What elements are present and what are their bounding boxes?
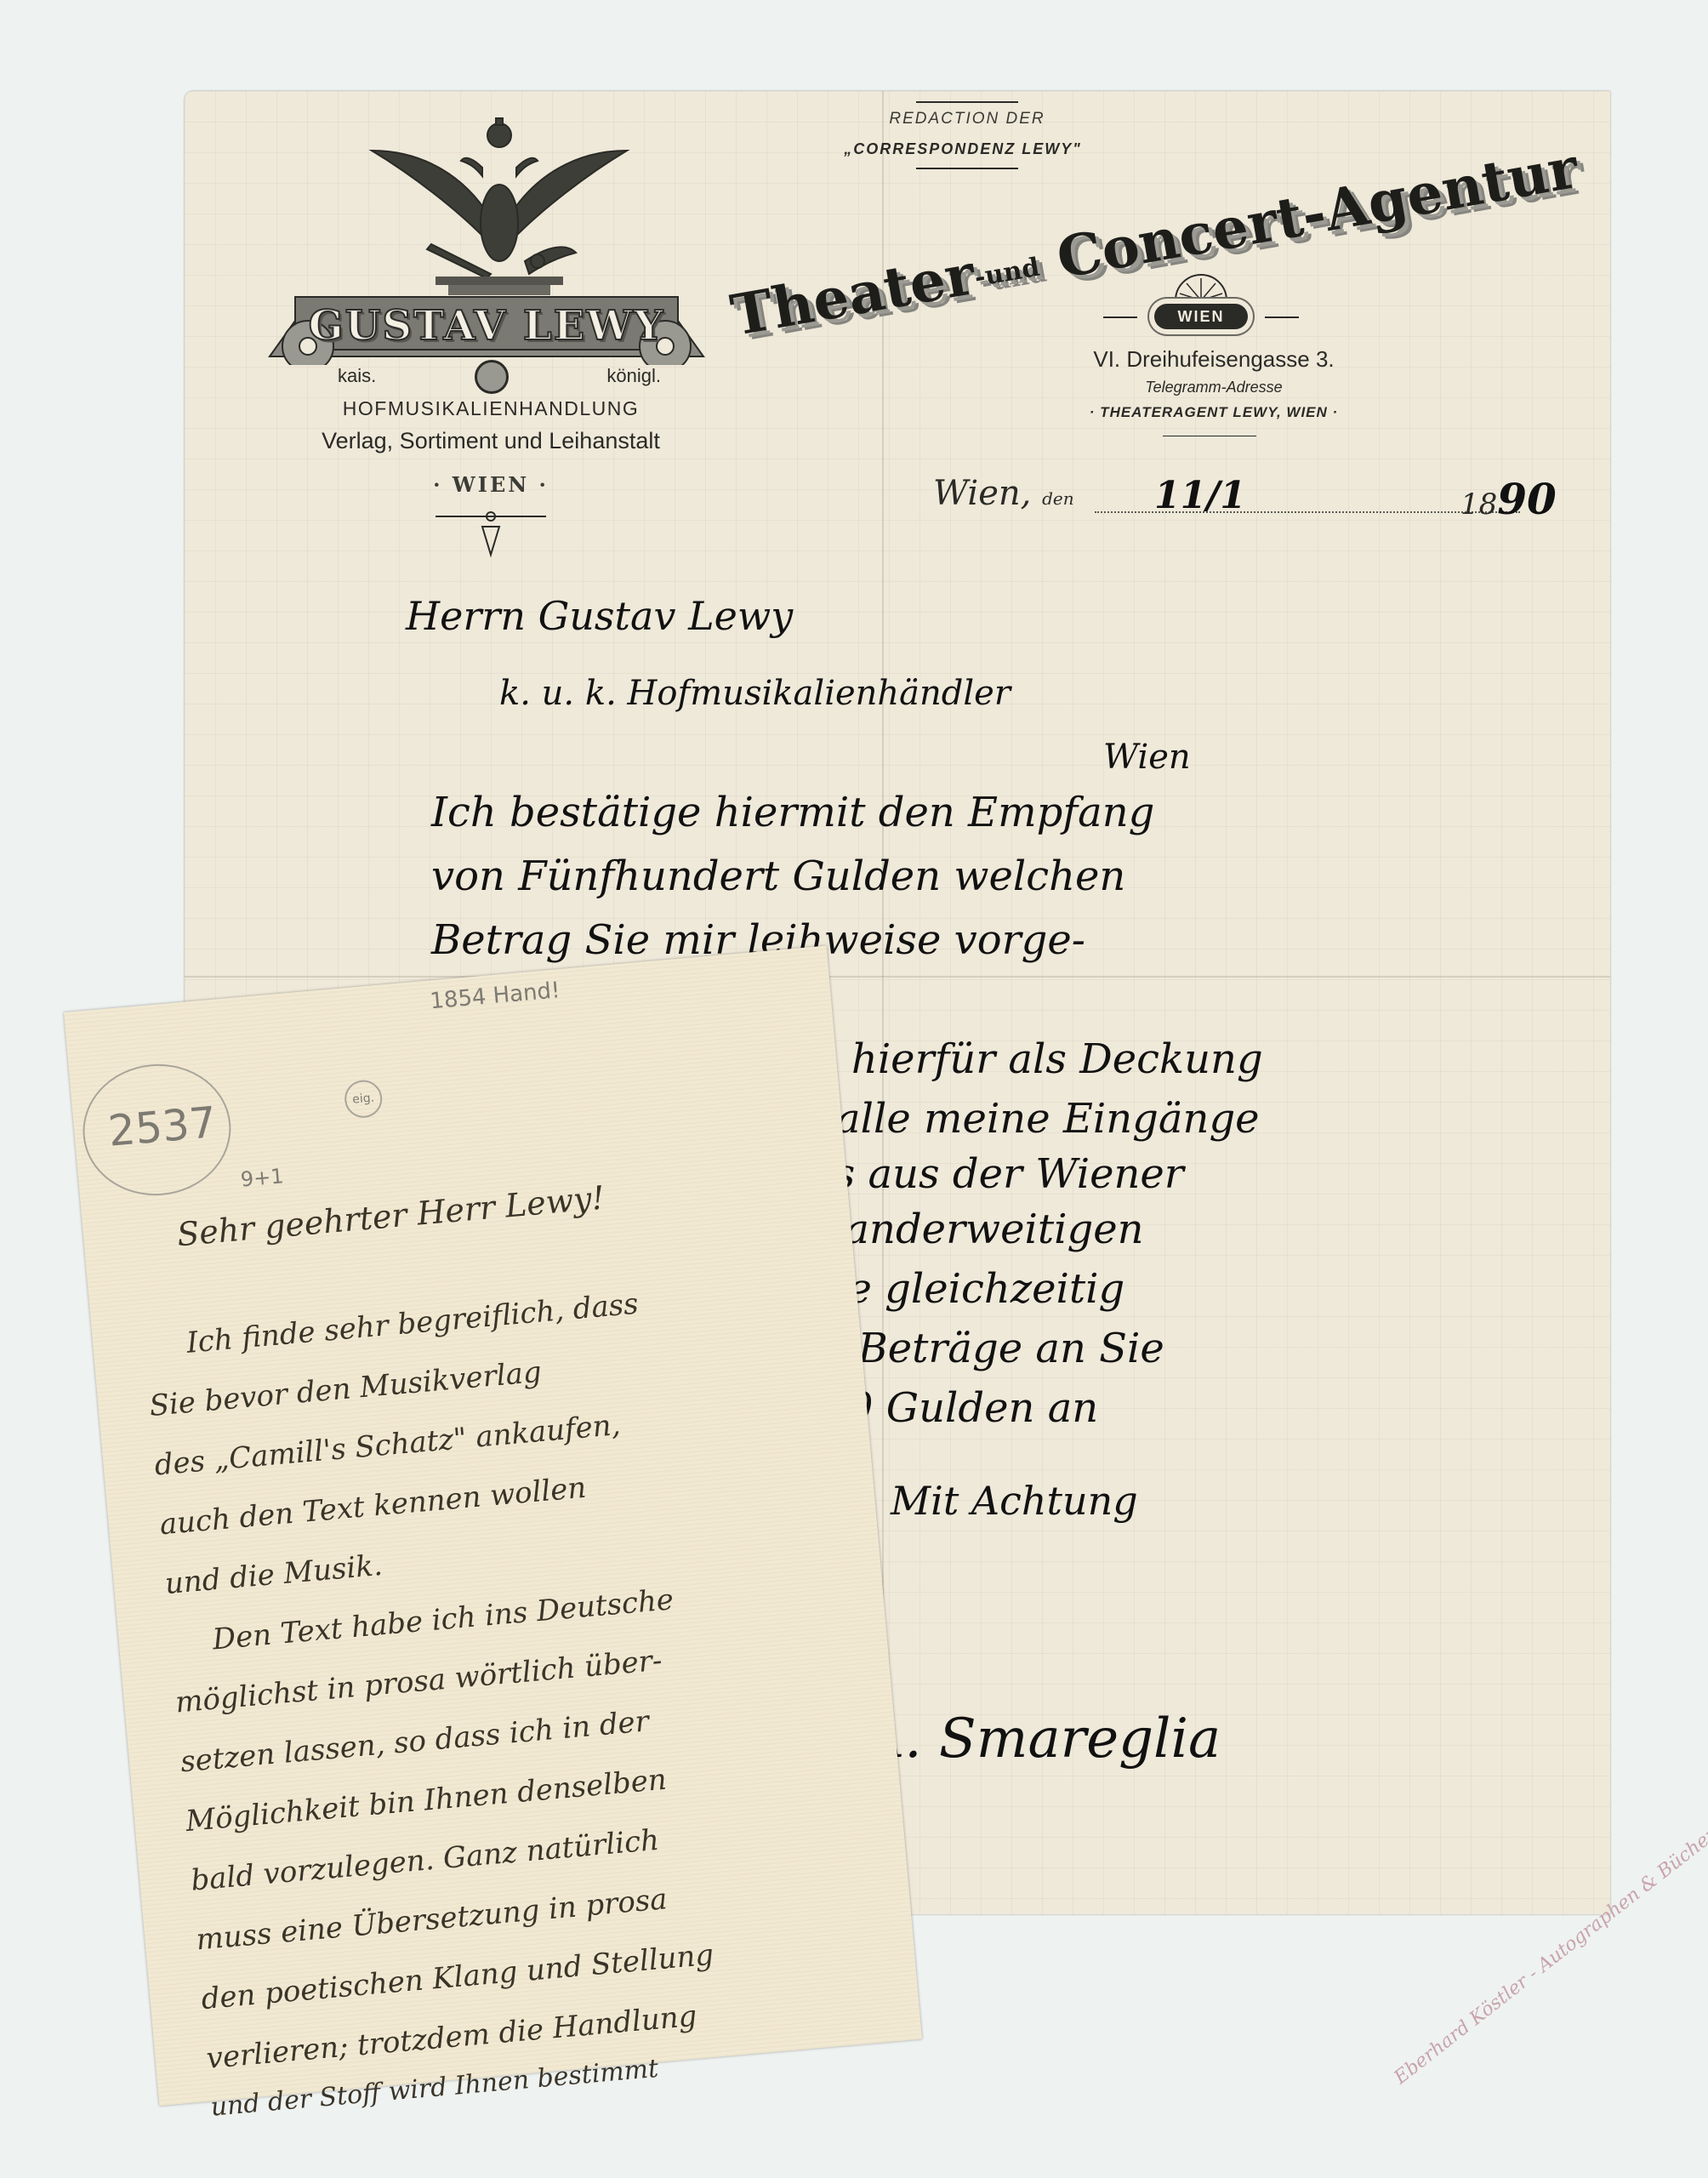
- signature: A. Smareglia: [865, 1708, 1221, 1770]
- date-year: 1890: [1460, 474, 1557, 524]
- pencil-note: 1854 Hand!: [429, 978, 561, 1014]
- redaction-label: REDACTION DER: [814, 110, 1120, 128]
- small-body-line: setzen lassen, so dass ich in der: [179, 1704, 651, 1779]
- ornament-divider-icon: [431, 508, 550, 559]
- publication-name: „CORRESPONDENZ LEWY": [763, 140, 1163, 158]
- small-body-line: möglichst in prosa wörtlich über-: [174, 1644, 663, 1720]
- small-body-line: auch den Text kennen wollen: [158, 1471, 588, 1542]
- small-body-line: muss eine Übersetzung in prosa: [195, 1882, 669, 1957]
- wien-badge: WIEN: [1154, 304, 1248, 329]
- double-headed-eagle-icon: [355, 117, 644, 295]
- ornament-rule: [1163, 436, 1256, 436]
- services-line: Verlag, Sortiment und Leihanstalt: [253, 428, 729, 454]
- kais-label: kais.: [338, 365, 376, 394]
- inventory-number: 2537: [106, 1098, 219, 1156]
- agency-title-theater: Theater: [726, 241, 979, 349]
- date-den: den: [1042, 488, 1074, 509]
- recipient-name: Herrn Gustav Lewy: [406, 593, 793, 639]
- ornament-rule: [1265, 316, 1299, 318]
- small-body-line: und die Musik.: [163, 1548, 384, 1601]
- pencil-count: 9+1: [240, 1164, 285, 1191]
- small-body-line: Den Text habe ich ins Deutsche: [211, 1582, 675, 1656]
- telegram-label: Telegramm-Adresse: [1052, 379, 1375, 396]
- recipient-title: k. u. k. Hofmusikalienhändler: [499, 674, 1011, 713]
- salutation: Sehr geehrter Herr Lewy!: [175, 1179, 606, 1254]
- koenigl-label: königl.: [606, 365, 661, 394]
- small-body-line: des „Camill's Schatz" ankaufen,: [153, 1408, 622, 1483]
- medallion-icon: [475, 360, 509, 394]
- city-left: · WIEN ·: [406, 472, 576, 497]
- small-body-line: Ich finde sehr begreiflich, dass: [185, 1287, 640, 1360]
- fold-line-horizontal: [185, 976, 1610, 978]
- closing: Mit Achtung: [891, 1478, 1138, 1524]
- telegram-address: · THEATERAGENT LEWY, WIEN ·: [1035, 404, 1392, 421]
- agency-address: VI. Dreihufeisengasse 3.: [1052, 346, 1375, 373]
- recipient-city: Wien: [1103, 738, 1191, 777]
- date-day-month: 11/1: [1154, 474, 1246, 517]
- sunburst-ornament-icon: [1171, 271, 1231, 302]
- kaiserlich-koeniglich-line: kais. königl.: [338, 365, 661, 394]
- small-letter-sheet: 2537 1854 Hand! 9+1 eig. Sehr geehrter H…: [64, 946, 922, 2107]
- business-type: HOFMUSIKALIENHANDLUNG: [253, 397, 729, 420]
- circled-mark: eig.: [343, 1079, 384, 1120]
- body-line: von Fünfhundert Gulden welchen: [431, 852, 1125, 900]
- company-name: GUSTAV LEWY: [309, 302, 665, 350]
- date-line: Wien, den 11/1 1890: [933, 474, 1614, 525]
- ornament-rule: [1103, 316, 1137, 318]
- small-body-line: Sie bevor den Musikverlag: [148, 1355, 543, 1423]
- gustav-lewy-nameplate: GUSTAV LEWY: [261, 287, 712, 365]
- agency-title-und: -und: [972, 253, 1042, 294]
- small-body-line: bald vorzulegen. Ganz natürlich: [190, 1823, 661, 1898]
- ornament-rule: [916, 168, 1018, 169]
- body-line: Ich bestätige hiermit den Empfang: [431, 789, 1154, 836]
- small-body-line: Möglichkeit bin Ihnen denselben: [185, 1763, 669, 1839]
- date-place: Wien, den: [933, 474, 1074, 513]
- ornament-rule: [916, 101, 1018, 103]
